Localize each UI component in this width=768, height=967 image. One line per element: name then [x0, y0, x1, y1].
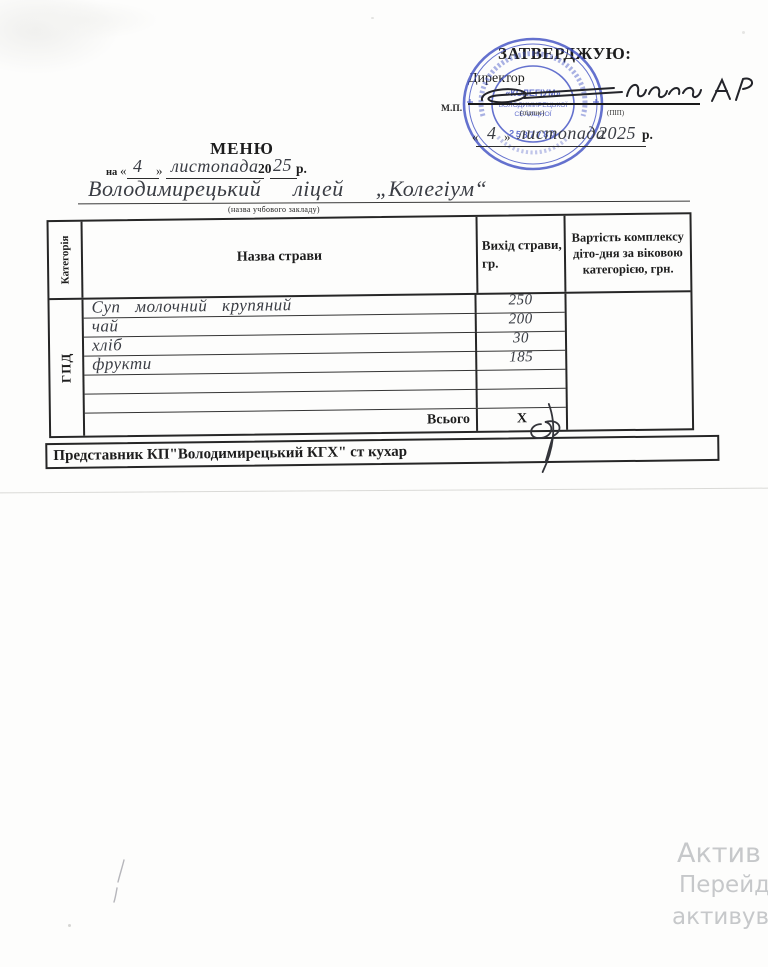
cook-signature [517, 398, 582, 479]
watermark-line: Перейд [679, 872, 768, 898]
output-cell: 30 [477, 331, 565, 351]
scan-speck [742, 31, 745, 34]
approval-date-month: листопада [518, 123, 605, 144]
watermark-line: Актив [677, 838, 761, 869]
mp-label: М.П. [441, 104, 462, 114]
date-year-printed: 20 [258, 161, 272, 177]
table-block: Категорія Назва страви Вихід страви, гр.… [43, 212, 726, 469]
cost-empty-cell [566, 292, 692, 430]
date-year-handwritten: 25 [273, 155, 292, 176]
output-cell: 250 [476, 293, 564, 313]
scan-smudge [0, 0, 160, 40]
header-dish-cell: Назва страви [83, 217, 479, 298]
school-name-caption: (назва учбового закладу) [228, 205, 320, 214]
stray-pen-mark [106, 856, 132, 906]
representative-row: Представник КП"Володимирецький КГХ" ст к… [45, 435, 719, 469]
header-output-cell: Вихід страви, гр. [477, 216, 566, 293]
date-suffix: р. [296, 161, 307, 177]
signature-caption: (підпис) [520, 109, 545, 117]
category-value: ГПД [58, 353, 74, 384]
signature-line [468, 103, 700, 105]
output-cell: 200 [477, 312, 565, 332]
approval-date-underline [476, 146, 646, 147]
page-fold-line [0, 488, 768, 494]
table-body: ГПД Суп молочний крупяний 250 чай 200 хл… [49, 292, 692, 436]
header-cost-cell: Вартість комплексу діто-дня за віковою к… [565, 214, 690, 292]
name-caption: (ПІП) [607, 109, 624, 117]
date-day: 4 [133, 156, 143, 177]
representative-text: Представник КП"Володимирецький КГХ" ст к… [53, 444, 407, 464]
approval-date-year: 2025 [598, 123, 636, 144]
approval-date-open-quote: « [472, 129, 479, 145]
total-row: Всього X [85, 408, 566, 436]
approval-date-suffix: р. [642, 127, 653, 143]
table-header-row: Категорія Назва страви Вихід страви, гр.… [49, 214, 691, 300]
scanned-menu-document: ЗАТВЕРДЖУЮ: Директор «КОЛЕГІУМ» ВОЛОДИМИ… [0, 0, 768, 967]
approval-date-day: 4 [487, 123, 497, 144]
dish-rows: Суп молочний крупяний 250 чай 200 хліб 3… [83, 294, 568, 436]
header-category-label: Категорія [59, 235, 72, 284]
total-label: Всього [85, 409, 478, 436]
watermark-line: активув [672, 904, 768, 930]
date-month: листопада [171, 156, 258, 177]
output-cell [477, 369, 565, 389]
scan-speck [371, 17, 374, 19]
scan-smudge [0, 0, 120, 75]
approval-date-close-quote: » [504, 129, 511, 145]
scan-speck [68, 924, 71, 927]
menu-table: Категорія Назва страви Вихід страви, гр.… [47, 212, 695, 438]
school-name: Володимирецький ліцей „Колегіум“ [88, 176, 487, 202]
output-cell: 185 [477, 350, 565, 370]
header-category-cell: Категорія [49, 222, 84, 298]
category-cell: ГПД [49, 300, 85, 436]
